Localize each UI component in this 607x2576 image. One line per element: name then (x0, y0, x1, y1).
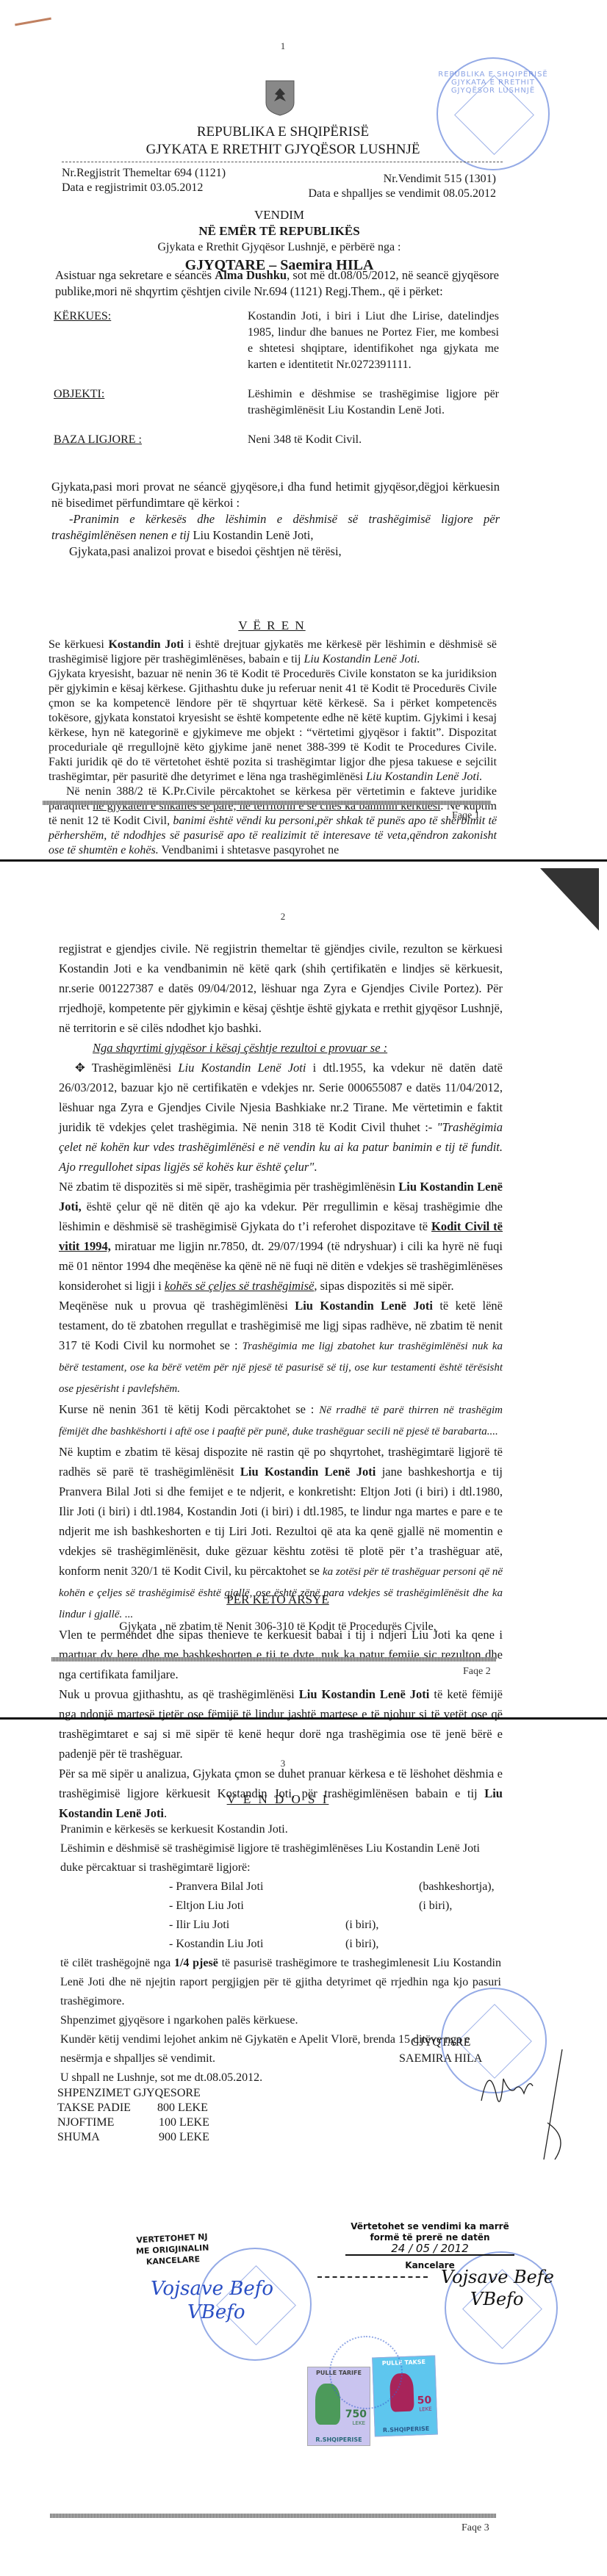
judge-signature-block: GJYQTARE SAEMIRA HILA (399, 2035, 482, 2067)
registration-number: Nr.Regjistrit Themeltar 694 (1121) (62, 166, 226, 181)
section-kerkues: KËRKUES: Kostandin Joti, i biri i Liut d… (54, 309, 502, 373)
intro-paragraph: Gjykata,pasi mori provat ne séancë gjyqë… (51, 479, 500, 560)
costs-row: TAKSE PADIE800 LEKE (57, 2101, 209, 2115)
costs-row: SHUMA900 LEKE (57, 2130, 209, 2145)
costs-table: SHPENZIMET GJYQESORE TAKSE PADIE800 LEKE… (57, 2086, 209, 2145)
costs-heading: SHPENZIMET GJYQESORE (57, 2086, 209, 2101)
section-objekti: OBJEKTI: Lëshimin e dëshmise se trashëgi… (54, 386, 502, 419)
registration-date: Data e regjistrimit 03.05.2012 (62, 181, 226, 195)
finality-certification: Vërtetohet se vendimi ka marrë formë të … (345, 2221, 514, 2271)
decision-number: Nr.Vendimit 515 (1301) (290, 172, 496, 187)
per-keto-arsye-heading: PËR KËTO ARSYE (0, 1592, 556, 1607)
footer-divider-2 (51, 1657, 496, 1662)
page-number-top: 1 (0, 40, 566, 52)
stamp-cancellation-mark (329, 2336, 403, 2409)
heir-row: - Kostandin Liu Joti(i biri), (169, 1935, 501, 1954)
secretary-name: Alma Dushku (215, 268, 287, 282)
expenses-line: Shpenzimet gjyqësore i ngarkohen palës k… (60, 2011, 501, 2030)
footer-divider-3 (50, 2514, 496, 2518)
page-footer-1: Faqe 1 (452, 810, 480, 822)
page-number-top: 3 (0, 1758, 566, 1769)
ruling-accept-line: Pranimin e kërkesës se kerkuesit Kostand… (60, 1820, 501, 1839)
footer-divider-1 (43, 801, 491, 805)
decision-info: Nr.Vendimit 515 (1301) Data e shpalljes … (290, 172, 496, 201)
page-separator (0, 1717, 607, 1720)
finality-date: 24 / 05 / 2012 (345, 2243, 514, 2256)
court-name: GJYKATA E RRETHIT GJYQËSOR LUSHNJË (0, 141, 566, 159)
judge-title: GJYQTARE (399, 2035, 482, 2051)
bullet-icon: ✥ (75, 1061, 92, 1075)
page-footer-3: Faqe 3 (461, 2522, 489, 2534)
case-sections: KËRKUES: Kostandin Joti, i biri i Liut d… (54, 309, 502, 448)
page2-body: regjistrat e gjendjes civile. Në regjist… (59, 939, 503, 1823)
albania-coat-of-arms-icon (265, 79, 295, 116)
announced-line: U shpall ne Lushnje, sot me dt.08.05.201… (60, 2068, 501, 2088)
court-header: REPUBLIKA E SHQIPËRISË GJYKATA E RRETHIT… (0, 123, 566, 159)
registration-info: Nr.Regjistrit Themeltar 694 (1121) Data … (62, 166, 226, 195)
court-application-line: Gjykata , në zbatim të Nenit 306-310 të … (0, 1620, 556, 1634)
page-number-top: 2 (0, 911, 566, 923)
document-page-1: 1 REPUBLIKA E SHQIPËRISË GJYKATA E RRETH… (0, 0, 607, 432)
page-footer-2: Faqe 2 (463, 1666, 491, 1678)
heir-row: - Pranvera Bilal Joti(bashkeshortja), (169, 1877, 501, 1897)
decision-date: Data e shpalljes se vendimit 08.05.2012 (290, 187, 496, 201)
decision-subtitle: NË EMËR TË REPUBLIKËS (0, 223, 558, 239)
heir-row: - Eltjon Liu Joti(i biri), (169, 1897, 501, 1916)
heirs-list: - Pranvera Bilal Joti(bashkeshortja), - … (60, 1877, 501, 1954)
heir-row: - Ilir Liu Joti(i biri), (169, 1916, 501, 1935)
veren-heading: V Ë R E N (0, 618, 544, 633)
assisted-paragraph: Asistuar nga sekretare e séancës Alma Du… (55, 267, 499, 300)
header-divider (62, 162, 503, 162)
finding-heading: Nga shqyrtimi gjyqësor i kësaj çështje r… (93, 1041, 387, 1055)
chancellor-signature-right: Vojsave Befe VBefo (441, 2266, 554, 2310)
staple-mark (15, 18, 51, 26)
decision-title: VENDIM (0, 207, 558, 223)
decision-title-block: VENDIM NË EMËR TË REPUBLIKËS Gjykata e R… (0, 207, 558, 275)
vendosi-heading: V E N D O S I (0, 1792, 556, 1807)
judge-signature-icon (474, 2049, 577, 2167)
court-composition: Gjykata e Rrethit Gjyqësor Lushnjë, e pë… (0, 239, 558, 256)
chancellor-signature-left: Vojsave Befo VBefo (151, 2277, 273, 2324)
share-paragraph: të cilët trashëgojnë nga 1/4 pjesë të pa… (60, 1954, 501, 2011)
republic-name: REPUBLIKA E SHQIPËRISË (0, 123, 566, 141)
veren-body: Se kërkuesi Kostandin Joti i është drejt… (49, 638, 497, 858)
section-baza-ligjore: BAZA LIGJORE : Neni 348 të Kodit Civil. (54, 432, 502, 448)
certification-stamp-left: VERTETOHET NJ ME ORIGJINALIN KANCELARE (135, 2231, 210, 2267)
ruling-issue-line: Lëshimin e dëshmisë së trashëgimisë ligj… (60, 1839, 501, 1877)
certification-line (317, 2276, 428, 2278)
page-separator (0, 859, 607, 862)
judge-name: SAEMIRA HILA (399, 2051, 482, 2067)
costs-row: NJOFTIME100 LEKE (57, 2115, 209, 2130)
